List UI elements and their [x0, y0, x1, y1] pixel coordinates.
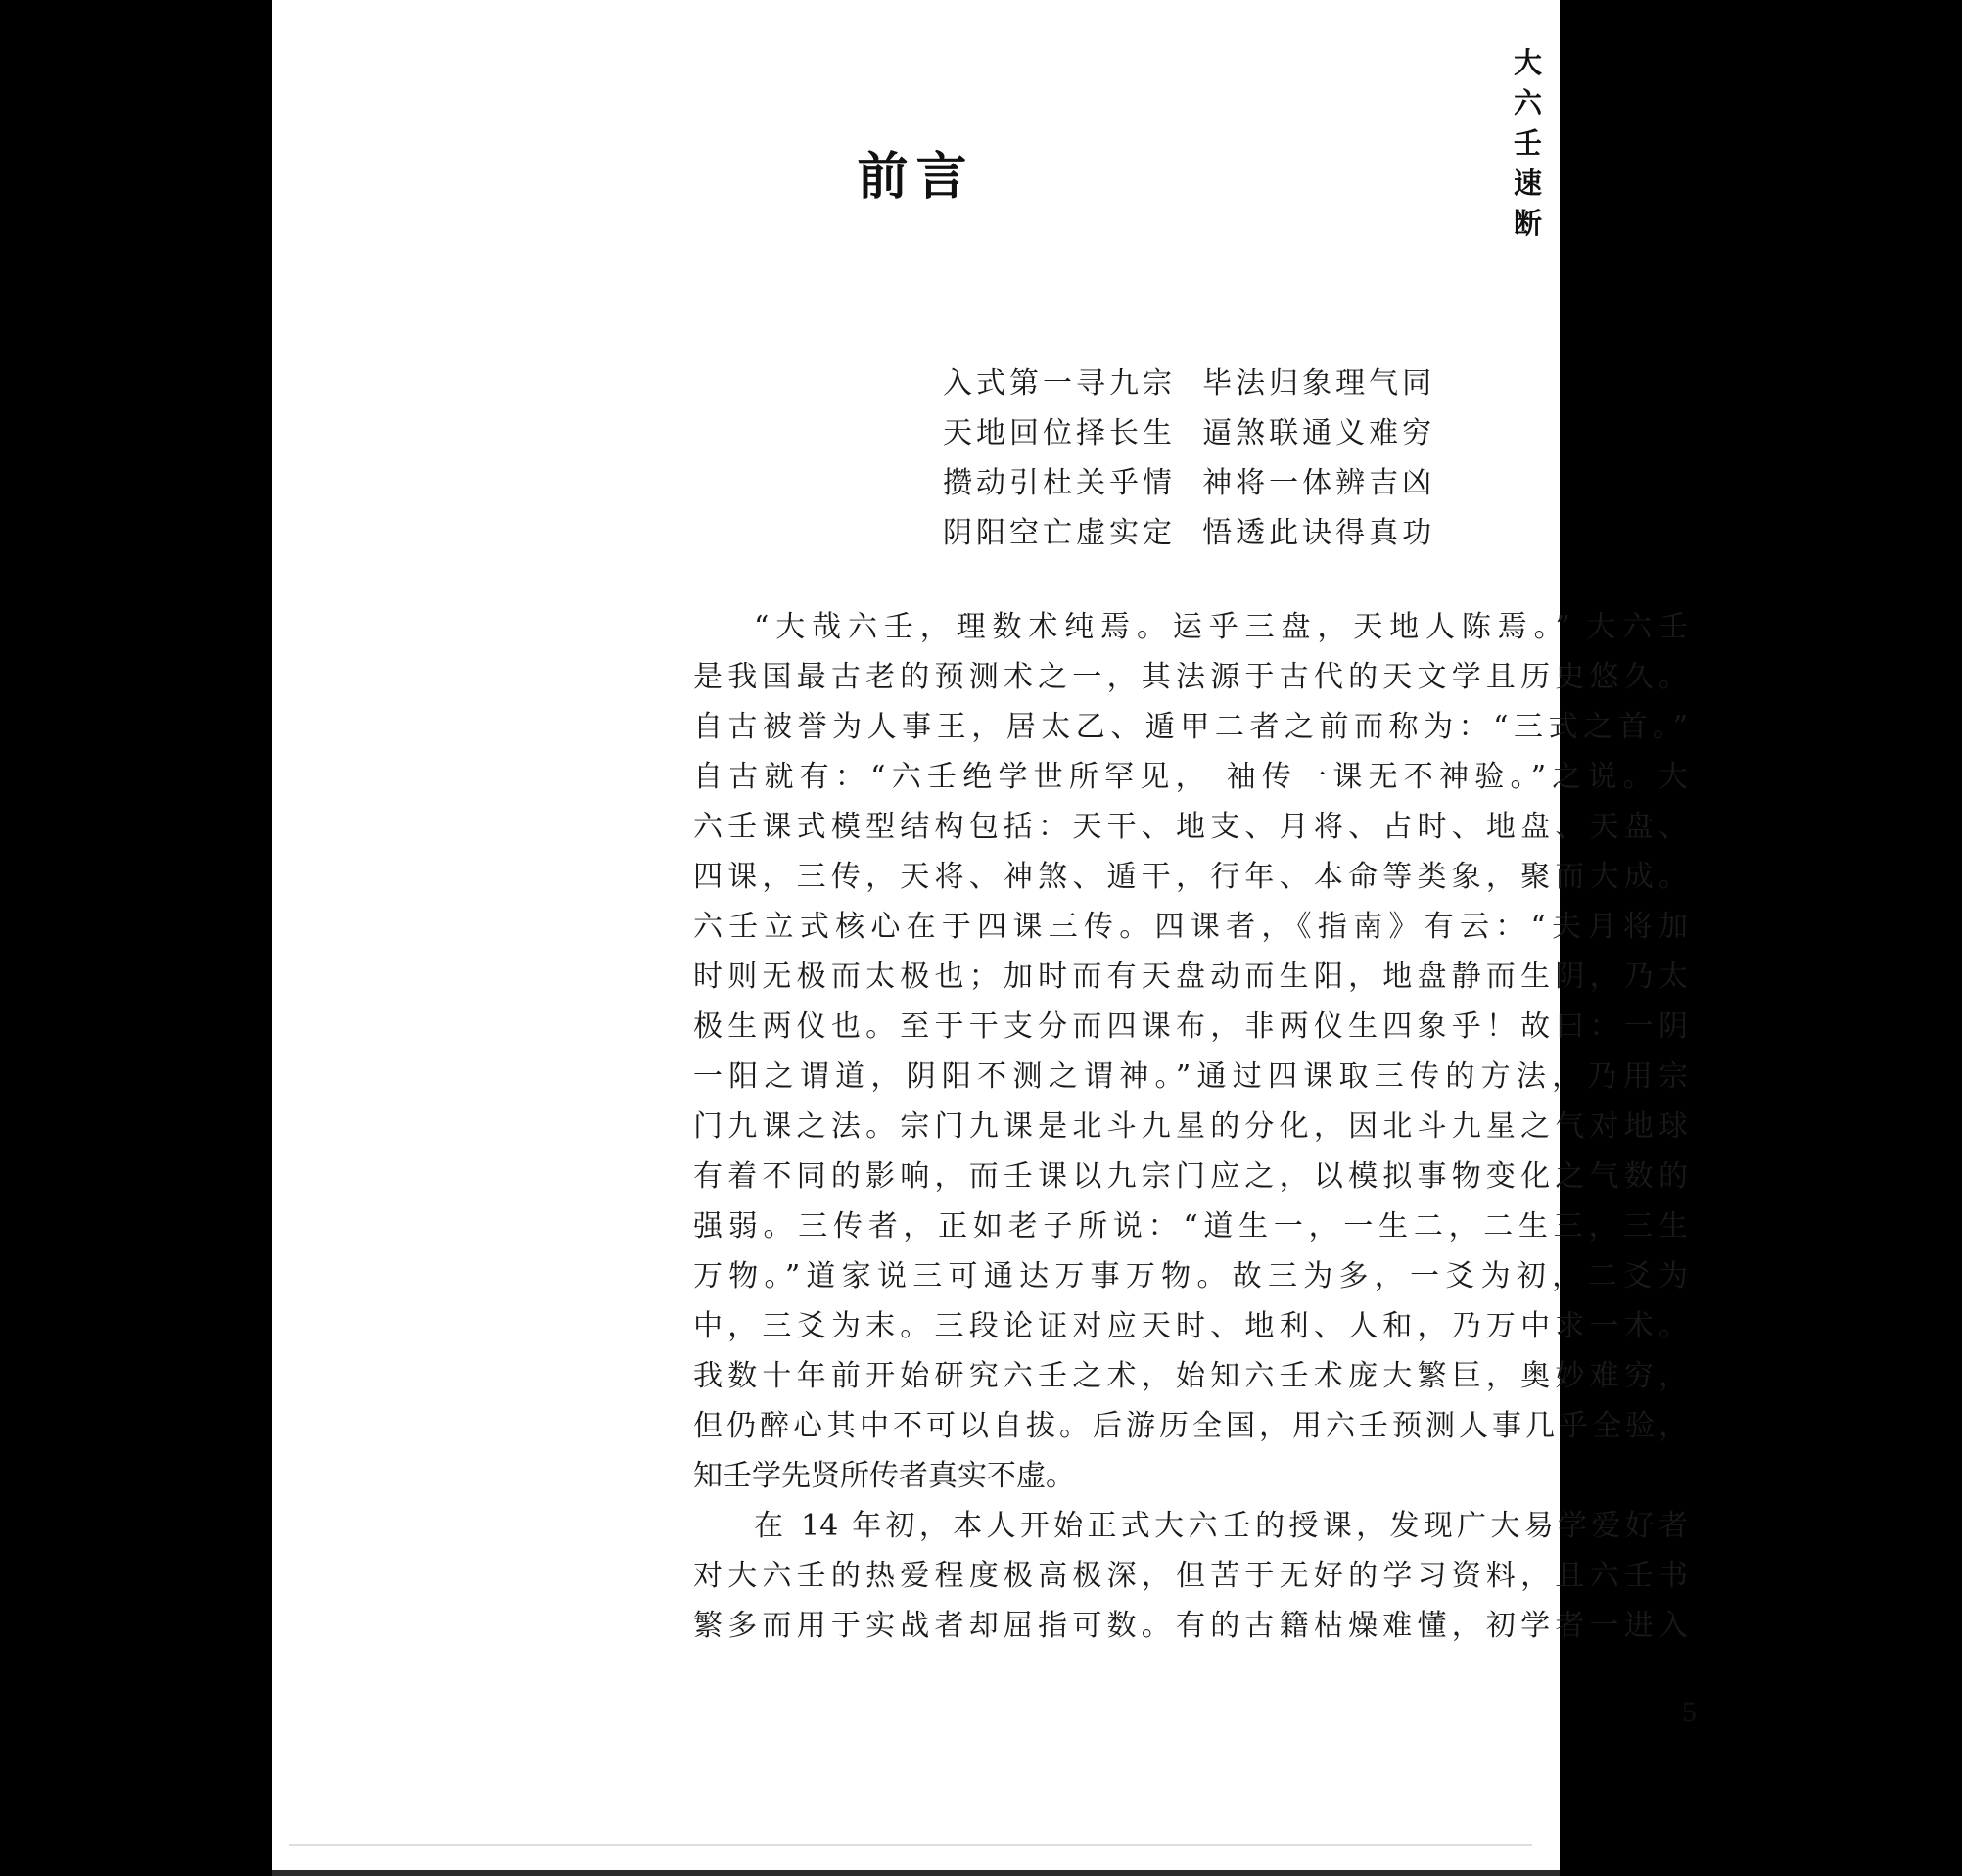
text-line: 一阳之谓道，阴阳不测之谓神。”通过四课取三传的方法，乃用宗: [693, 1052, 1688, 1102]
text-line: 我数十年前开始研究六壬之术，始知六壬术庞大繁巨，奥妙难穷，: [693, 1351, 1688, 1401]
text-line: 六壬立式核心在于四课三传。四课者，《指南》有云：“夫月将加: [693, 902, 1688, 952]
text-line: 四课，三传，天将、神煞、遁干，行年、本命等类象，聚而大成。: [693, 852, 1688, 902]
paragraph-1: “大哉六壬，理数术纯焉。运乎三盘，天地人陈焉。” 大六壬 是我国最古老的预测术之…: [693, 602, 1688, 1501]
text-line: 对大六壬的热爱程度极高极深，但苦于无好的学习资料，且六壬书: [693, 1551, 1688, 1601]
page-title: 前言: [272, 135, 1560, 209]
book-page: 大六壬速断 前言 入式第一寻九宗 毕法归象理气同 天地回位择长生 逼煞联通义难穷…: [272, 0, 1560, 1870]
text-line: 极生两仪也。至于干支分而四课布，非两仪生四象乎！故曰：一阴: [693, 1002, 1688, 1052]
page-number: 5: [1682, 1696, 1697, 1729]
text-line: 有着不同的影响，而壬课以九宗门应之，以模拟事物变化之气数的: [693, 1151, 1688, 1201]
text-line: 是我国最古老的预测术之一，其法源于古代的天文学且历史悠久。: [693, 652, 1688, 702]
poem-line: 阴阳空亡虚实定 悟透此诀得真功: [943, 508, 1435, 558]
text-line: 在 14 年初，本人开始正式大六壬的授课，发现广大易学爱好者: [693, 1501, 1688, 1551]
poem-line: 入式第一寻九宗 毕法归象理气同: [943, 358, 1435, 408]
footer-rule: [289, 1844, 1532, 1846]
text-line: “大哉六壬，理数术纯焉。运乎三盘，天地人陈焉。” 大六壬: [693, 602, 1688, 652]
text-line: 强弱。三传者，正如老子所说：“道生一，一生二，二生三，三生: [693, 1201, 1688, 1251]
paragraph-2: 在 14 年初，本人开始正式大六壬的授课，发现广大易学爱好者 对大六壬的热爱程度…: [693, 1501, 1688, 1651]
poem-line: 攒动引杜关乎情 神将一体辨吉凶: [943, 458, 1435, 508]
poem-line: 天地回位择长生 逼煞联通义难穷: [943, 408, 1435, 458]
text-line: 自古被誉为人事王，居太乙、遁甲二者之前而称为：“三式之首。”: [693, 702, 1688, 752]
page-edge: [272, 1870, 1560, 1876]
text-line: 但仍醉心其中不可以自拔。后游历全国，用六壬预测人事几乎全验，: [693, 1401, 1688, 1451]
body-text: “大哉六壬，理数术纯焉。运乎三盘，天地人陈焉。” 大六壬 是我国最古老的预测术之…: [693, 602, 1688, 1651]
text-line: 门九课之法。宗门九课是北斗九星的分化，因北斗九星之气对地球: [693, 1102, 1688, 1151]
text-line: 时则无极而太极也；加时而有天盘动而生阳，地盘静而生阴，乃太: [693, 952, 1688, 1002]
text-line: 自古就有：“六壬绝学世所罕见， 袖传一课无不神验。”之说。大: [693, 752, 1688, 802]
text-line: 知壬学先贤所传者真实不虚。: [693, 1451, 1688, 1501]
poem: 入式第一寻九宗 毕法归象理气同 天地回位择长生 逼煞联通义难穷 攒动引杜关乎情 …: [943, 358, 1435, 558]
text-line: 中，三爻为末。三段论证对应天时、地利、人和，乃万中求一术。: [693, 1301, 1688, 1351]
text-line: 万物。”道家说三可通达万事万物。故三为多，一爻为初，二爻为: [693, 1251, 1688, 1301]
text-line: 六壬课式模型结构包括：天干、地支、月将、占时、地盘、天盘、: [693, 802, 1688, 852]
text-line: 繁多而用于实战者却屈指可数。有的古籍枯燥难懂，初学者一进入: [693, 1601, 1688, 1651]
